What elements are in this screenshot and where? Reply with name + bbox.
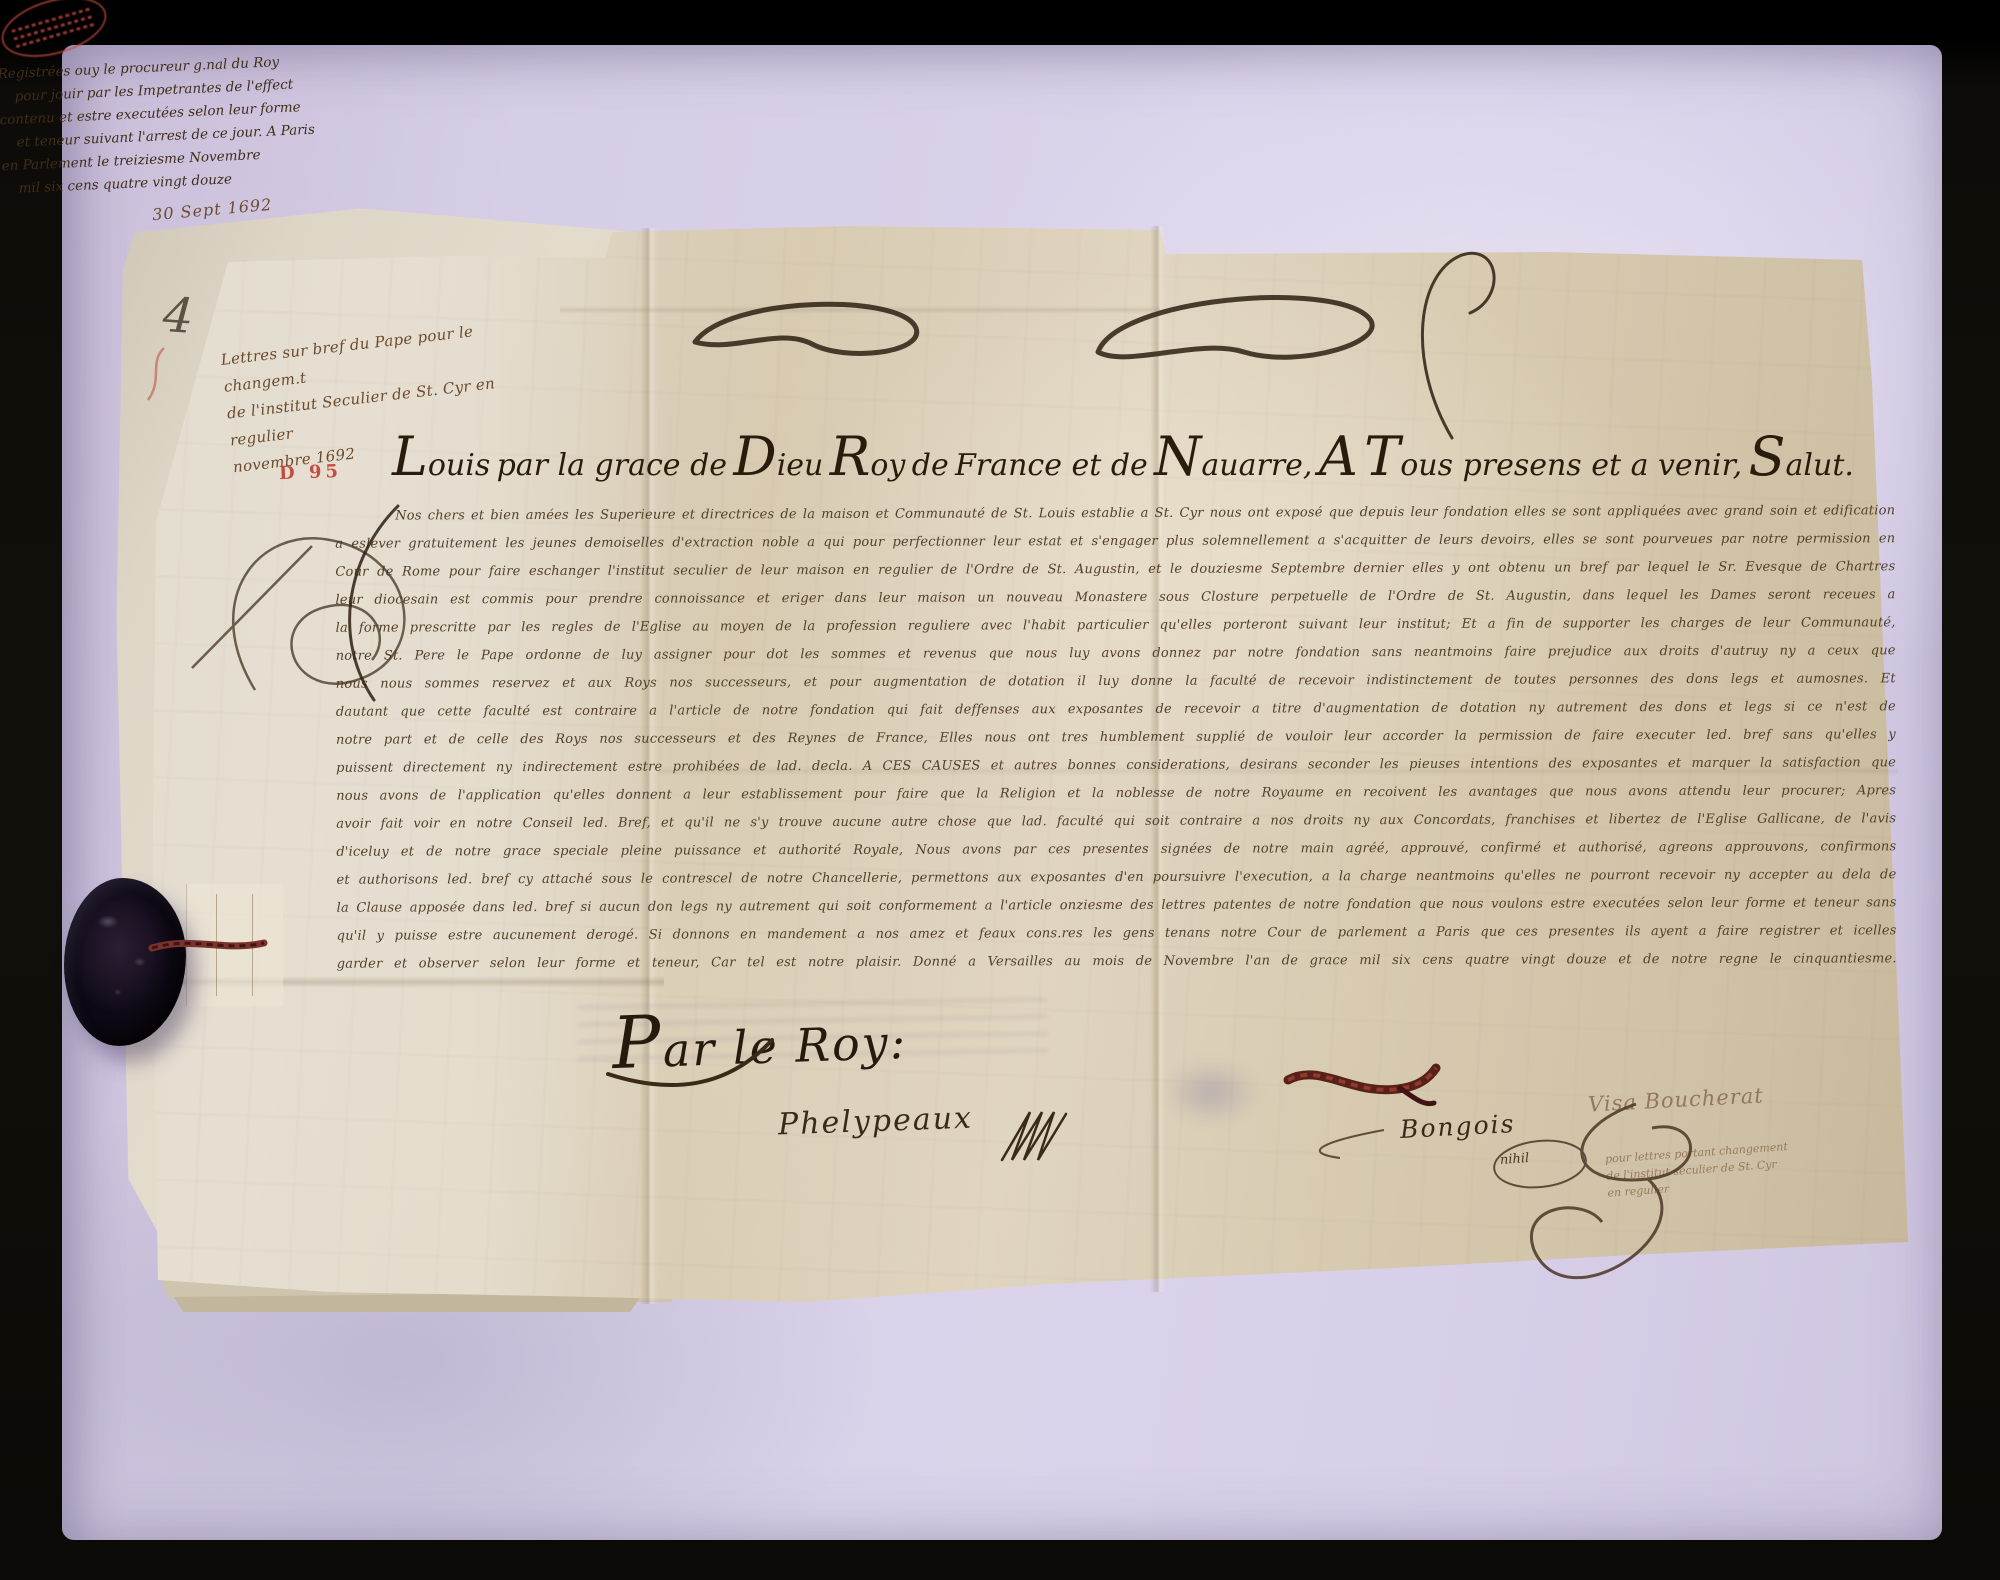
secretary-signature: Phelypeaux <box>777 1101 973 1143</box>
par-le-roy-subscription: Par le Roy: <box>611 991 909 1085</box>
intitulation-segment: de <box>912 448 949 483</box>
photographed-document-scene: 30 Sept 1692 4 Lettres sur bref du Pape … <box>0 0 2000 1580</box>
body-line: garder et observer selon leur forme et t… <box>337 951 1897 984</box>
archive-cote-stamp: D 95 <box>279 461 343 484</box>
intitulation-segment: Salut. <box>1749 442 1854 483</box>
royal-intitulation: Louispar la grace deDieuRoydeFrance et d… <box>392 442 1854 483</box>
intitulation-segment: Tous presens et a venir, <box>1364 442 1742 483</box>
parlement-registration-note: Registrées ouy le procureur g.nal du Roy… <box>0 45 433 202</box>
intitulation-segment: Nauarre, <box>1154 442 1312 483</box>
parchment-plica-with-slits <box>186 884 283 1006</box>
greffier-signature: Bongois <box>1399 1109 1516 1144</box>
intitulation-segment: Roy <box>830 442 906 483</box>
intitulation-segment: France et de <box>955 448 1148 483</box>
ink-showthrough-blob <box>1146 1048 1276 1136</box>
intitulation-segment: par la grace de <box>497 448 727 483</box>
letter-body: Nos chers et bien amées les Superieure e… <box>335 503 1897 984</box>
intitulation-segment: Louis <box>392 442 490 483</box>
intitulation-segment: A <box>1319 442 1358 483</box>
paraph-note: nihil <box>1500 1151 1530 1168</box>
folio-number: 4 <box>161 287 195 345</box>
intitulation-segment: Dieu <box>733 442 823 483</box>
